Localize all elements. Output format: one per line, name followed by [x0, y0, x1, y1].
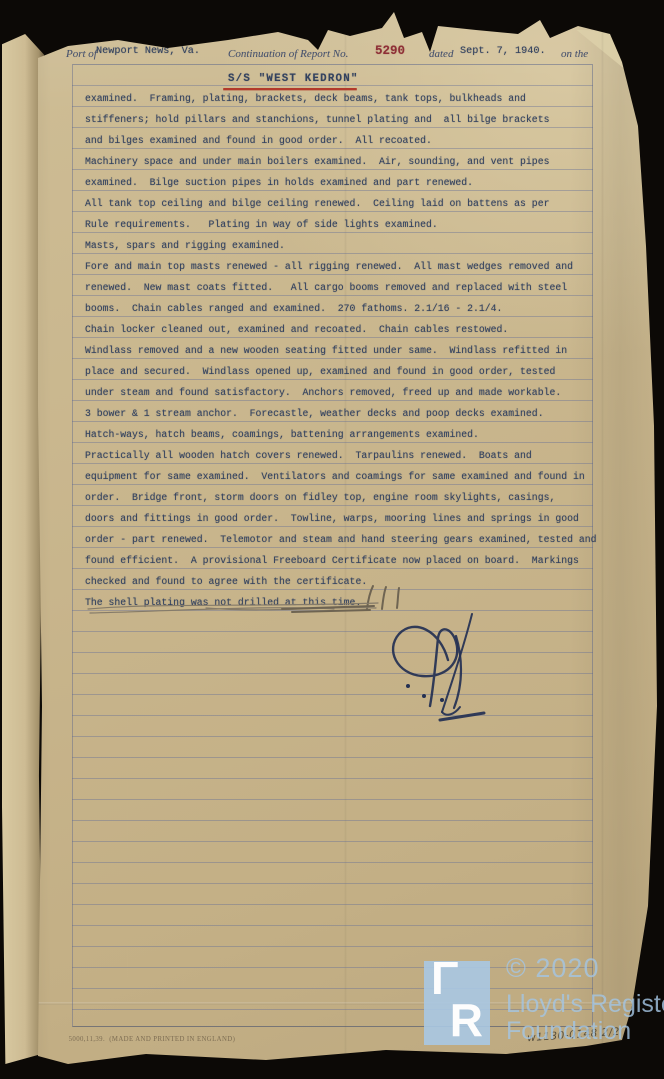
typed-line: 3 bower & 1 stream anchor. Forecastle, w… — [85, 403, 597, 424]
lr-foundation-logo: L R — [424, 961, 490, 1045]
typed-line: examined. Framing, plating, brackets, de… — [85, 88, 597, 109]
typed-line: equipment for same examined. Ventilators… — [85, 466, 597, 487]
typed-line: booms. Chain cables ranged and examined.… — [85, 298, 597, 319]
typed-line: doors and fittings in good order. Towlin… — [85, 508, 597, 529]
dated-printed-label: dated — [429, 48, 453, 60]
report-number-stamp: 5290 — [375, 44, 405, 58]
sheet-number-label: (Sheet No. 2) — [196, 23, 275, 34]
typed-line: Windlass removed and a new wooden seatin… — [85, 340, 597, 361]
continuation-printed-label: Continuation of Report No. — [228, 48, 348, 60]
on-the-printed-label: on the — [561, 48, 588, 60]
watermark-foundation: Foundation — [506, 1017, 631, 1046]
typed-line: Practically all wooden hatch covers rene… — [85, 445, 597, 466]
typed-line: order - part renewed. Telemotor and stea… — [85, 529, 597, 550]
print-note: (MADE AND PRINTED IN ENGLAND) — [109, 1036, 235, 1043]
typed-line: Fore and main top masts renewed - all ri… — [85, 256, 597, 277]
report-type-label: Rpt. 9a. — [63, 25, 112, 36]
scanned-document-photo: Rpt. 9a. (Sheet No. 2) Port of Newport N… — [0, 0, 664, 1079]
typed-line: checked and found to agree with the cert… — [85, 571, 597, 592]
typed-line: Masts, spars and rigging examined. — [85, 235, 597, 256]
paper-crease — [601, 6, 604, 1072]
port-value: Newport News, Va. — [96, 46, 200, 57]
typed-line: found efficient. A provisional Freeboard… — [85, 550, 597, 571]
report-page: Rpt. 9a. (Sheet No. 2) Port of Newport N… — [26, 6, 658, 1072]
print-code: 5000,11,39. — [69, 1036, 105, 1043]
typed-line: Chain locker cleaned out, examined and r… — [85, 319, 597, 340]
typed-line: renewed. New mast coats fitted. All carg… — [85, 277, 597, 298]
printer-imprint: 5000,11,39. (MADE AND PRINTED IN ENGLAND… — [56, 1029, 235, 1050]
watermark-lloyds-register: Lloyd's Register — [506, 990, 664, 1019]
port-of-printed-label: Port of — [66, 48, 97, 60]
typed-line: All tank top ceiling and bilge ceiling r… — [85, 193, 597, 214]
typed-line: Rule requirements. Plating in way of sid… — [85, 214, 597, 235]
body-lines: examined. Framing, plating, brackets, de… — [85, 88, 597, 613]
typed-line: and bilges examined and found in good or… — [85, 130, 597, 151]
typed-line: Hatch-ways, hatch beams, coamings, batte… — [85, 424, 597, 445]
logo-letter-r: R — [450, 997, 483, 1043]
typed-line: stiffeners; hold pillars and stanchions,… — [85, 109, 597, 130]
watermark-copyright: © 2020 — [506, 953, 599, 984]
typed-line: under steam and found satisfactory. Anch… — [85, 382, 597, 403]
pencil-scribble-underline — [86, 600, 382, 620]
surveyor-signature — [382, 612, 508, 722]
report-date: Sept. 7, 1940. — [460, 46, 546, 57]
typed-line: order. Bridge front, storm doors on fidl… — [85, 487, 597, 508]
typed-line: Machinery space and under main boilers e… — [85, 151, 597, 172]
typed-line: place and secured. Windlass opened up, e… — [85, 361, 597, 382]
underlying-page-edge — [2, 34, 44, 1064]
vessel-name-title: S/S "WEST KEDRON" — [228, 73, 359, 85]
typed-line: examined. Bilge suction pipes in holds e… — [85, 172, 597, 193]
